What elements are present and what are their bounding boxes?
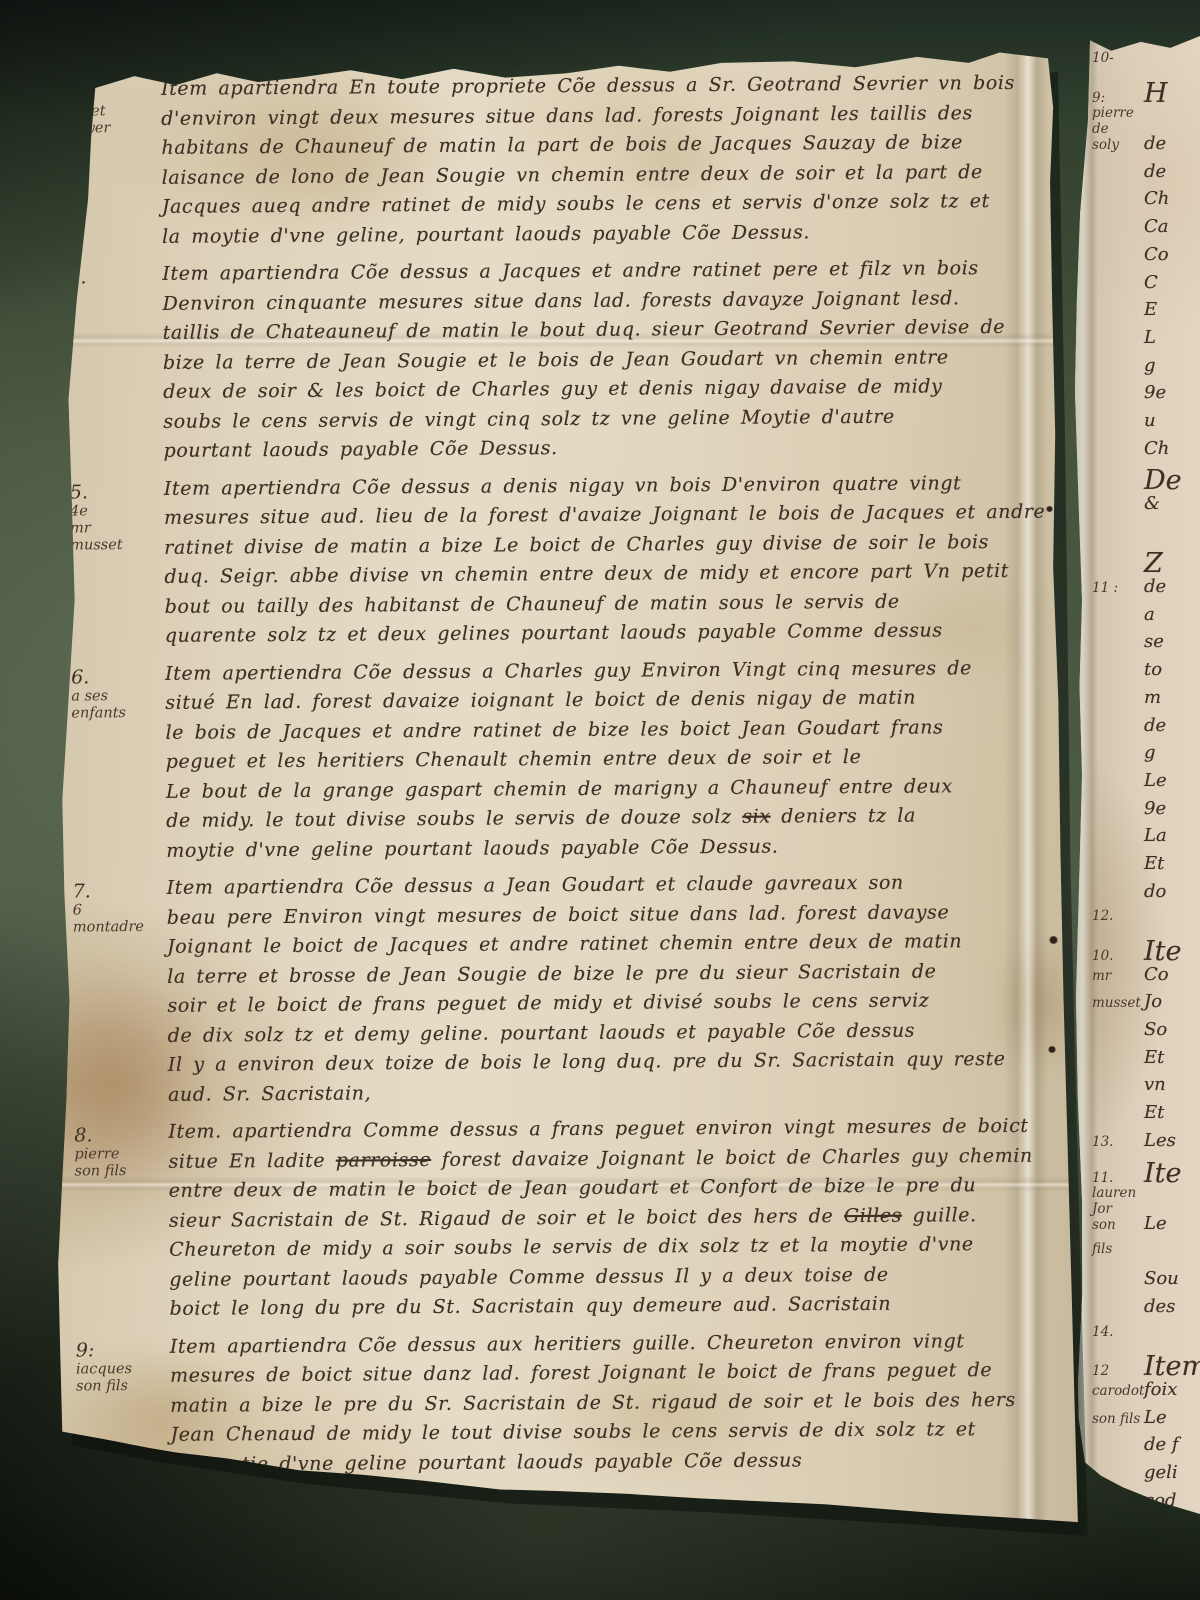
fragment-text: Sou	[1144, 1268, 1179, 1289]
fragment-text: g	[1144, 355, 1156, 376]
deed-entry: 6.a sesenfantsItem apertiendra Cõe dessu…	[71, 653, 1068, 866]
fragment-line: mussetJo	[1092, 991, 1198, 1019]
entry-number: 6.	[71, 665, 159, 688]
fragment-text: Ca	[1144, 216, 1169, 237]
fragment-number: mr	[1092, 968, 1144, 984]
entry-lines: Item apartiendra Cõe dessus aux heritier…	[170, 1326, 1073, 1480]
fragment-text: L	[1144, 327, 1156, 348]
fragment-number: 10-	[1092, 50, 1144, 66]
fragment-line: vn	[1092, 1074, 1198, 1102]
fragment-line: 9e	[1092, 798, 1198, 826]
fragment-text: &	[1144, 493, 1160, 514]
fragment-text: Les	[1144, 1130, 1176, 1151]
fragment-line: 11.Ite	[1092, 1158, 1198, 1186]
fragment-text: cod	[1144, 1490, 1176, 1511]
photo-background: 10-9:Hpierre desolydedeChCaCoCELg9euChDe…	[0, 0, 1200, 1600]
fragment-line: L	[1092, 327, 1198, 355]
fragment-line: u	[1092, 410, 1198, 438]
fragment-text: Ite	[1144, 1158, 1182, 1189]
fragment-line: 9:H	[1092, 78, 1198, 106]
fragment-text: 9e	[1144, 382, 1166, 403]
fragment-number: 12.	[1092, 908, 1144, 924]
entry-number: 5.	[70, 480, 158, 503]
fragment-line: g	[1092, 355, 1198, 383]
fragment-line: &	[1092, 493, 1198, 521]
entry-lines: Item. apartiendra Comme dessus a frans p…	[168, 1112, 1071, 1325]
fragment-line: to	[1092, 659, 1198, 687]
manuscript-line: duq. Seigr. abbe divise vn chemin entre …	[164, 557, 1066, 593]
fragment-line: g	[1092, 742, 1198, 770]
fragment-text: to	[1144, 659, 1162, 680]
fragment-text: E	[1144, 299, 1157, 320]
fragment-line: 10-	[1092, 50, 1198, 78]
fragment-text: foix	[1144, 1379, 1177, 1400]
entry-number: 3:	[67, 81, 155, 104]
entry-marginalia: 3:JonetBoyer	[67, 81, 155, 138]
manuscript-line: deux de soir & les boict de Charles guy …	[163, 372, 1065, 408]
fragment-line: solyde	[1092, 133, 1198, 161]
manuscript-line: la moytie d'vne geline, pourtant laouds …	[162, 216, 1064, 252]
manuscript-line: Il y a environ deux toize de bois le lon…	[168, 1045, 1070, 1081]
deed-entry: 4.Item apartiendra Cõe dessus a Jacques …	[68, 254, 1065, 467]
fragment-line: De	[1092, 465, 1198, 493]
fragment-text: de	[1144, 133, 1166, 154]
fragment-line: Et	[1092, 1102, 1198, 1130]
fragment-text: de	[1144, 161, 1166, 182]
deed-entry: 7.6montadreItem apartiendra Cõe dessus a…	[73, 868, 1071, 1111]
deed-entry: 3:JonetBoyerItem apartiendra En toute pr…	[67, 69, 1064, 253]
fragment-line: Ch	[1092, 438, 1198, 466]
fragment-line: carodotfoix	[1092, 1379, 1198, 1407]
fragment-line: lauren Jor	[1092, 1185, 1198, 1213]
fragment-text: C	[1144, 272, 1158, 293]
fragment-text: de	[1144, 715, 1166, 736]
fragment-number: 11.	[1092, 1170, 1144, 1186]
fragment-number: musset	[1092, 995, 1144, 1011]
margin-note: Jonet	[67, 103, 155, 121]
fragment-number: 9:	[1092, 90, 1144, 106]
entry-lines: Item apartiendra Cõe dessus a Jacques et…	[162, 254, 1065, 467]
fragment-line: 11 :de	[1092, 576, 1198, 604]
fragment-text: se	[1144, 631, 1164, 652]
fragment-line: Et	[1092, 853, 1198, 881]
entry-number: 8.	[74, 1124, 162, 1147]
fragment-line: mrCo	[1092, 964, 1198, 992]
entry-number: 4.	[68, 266, 156, 289]
entry-marginalia: 6.a sesenfants	[71, 665, 159, 722]
margin-note: montadre	[73, 919, 161, 937]
fragment-number: lauren Jor	[1092, 1185, 1144, 1217]
entries: 3:JonetBoyerItem apartiendra En toute pr…	[67, 69, 1073, 1525]
fragment-line: 9e	[1092, 382, 1198, 410]
fragment-line: sonLe	[1092, 1213, 1198, 1241]
fragment-text: g	[1144, 742, 1156, 763]
fragment-line: de	[1092, 161, 1198, 189]
fragment-text: H	[1144, 78, 1168, 109]
manuscript-line: pourtant laouds payable Cõe Dessus.	[163, 431, 1065, 467]
fragment-text: u	[1144, 410, 1156, 431]
fragment-text: geli	[1144, 1462, 1178, 1483]
fragment-line: 13.Les	[1092, 1130, 1198, 1158]
fragment-line: des	[1092, 1296, 1198, 1324]
fragment-text: Le	[1144, 1407, 1167, 1428]
fragment-text: des	[1144, 1296, 1175, 1317]
manuscript-line: le bois de Jacques et andre ratinet de b…	[165, 712, 1067, 748]
fragment-number: 12	[1092, 1363, 1144, 1379]
manuscript-line: Jean Chenaud de midy le tout divise soub…	[170, 1415, 1072, 1451]
fragment-text: m	[1144, 687, 1161, 708]
fragment-line: 10.Ite	[1092, 936, 1198, 964]
fragment-line: Et	[1092, 1047, 1198, 1075]
deed-entry: 9:iacquesson filsItem apartiendra Cõe de…	[76, 1326, 1073, 1480]
margin-note: mr	[70, 519, 158, 537]
fragment-line: So	[1092, 1019, 1198, 1047]
deed-entry: 5.4emrmussetItem apertiendra Cõe dessus …	[70, 468, 1067, 652]
fragment-text: Et	[1144, 1047, 1164, 1068]
fragment-line: de f	[1092, 1434, 1198, 1462]
deed-entry: 8.pierreson filsItem. apartiendra Comme …	[74, 1112, 1071, 1325]
fragment-text: vn	[1144, 1074, 1166, 1095]
fragment-number: 14.	[1092, 1324, 1144, 1340]
fragment-line: E	[1092, 299, 1198, 327]
margin-note: a ses	[71, 687, 159, 705]
fragment-line: fils	[1092, 1241, 1198, 1269]
fragment-line: 12.	[1092, 908, 1198, 936]
fragment-text: de	[1144, 576, 1166, 597]
fragment-line	[1092, 521, 1198, 549]
fragment-text: Ite	[1144, 936, 1182, 967]
fragment-line: de	[1092, 715, 1198, 743]
fragment-text: do	[1144, 881, 1166, 902]
fragment-number: pierre de	[1092, 105, 1144, 137]
fragment-text: De	[1144, 465, 1182, 496]
fragments: 10-9:Hpierre desolydedeChCaCoCELg9euChDe…	[1092, 50, 1198, 1517]
fragment-line: pierre de	[1092, 105, 1198, 133]
entry-lines: Item apartiendra Cõe dessus a Jean Gouda…	[167, 868, 1071, 1110]
fragment-number: carodot	[1092, 1383, 1144, 1399]
margin-note: 4e	[70, 502, 158, 520]
struck-word: Gilles	[844, 1204, 902, 1226]
fragment-text: So	[1144, 1019, 1167, 1040]
ink-blot	[1064, 342, 1075, 351]
fragment-line: a	[1092, 604, 1198, 632]
fragment-line: cod	[1092, 1490, 1198, 1518]
manuscript-line: quarente solz tz et deux gelines pourtan…	[165, 616, 1067, 652]
margin-note: son fils	[76, 1377, 164, 1395]
fragment-line: Ch	[1092, 188, 1198, 216]
manuscript-line: Cheureton de midy a soir soubs le servis…	[169, 1230, 1071, 1266]
fragment-text: Item	[1144, 1351, 1200, 1382]
fragment-number: fils	[1092, 1241, 1144, 1257]
manuscript-line: aud. Sr. Sacristain,	[168, 1074, 1070, 1110]
fragment-text: Le	[1144, 1213, 1167, 1234]
fragment-text: Jo	[1144, 991, 1162, 1012]
fragment-line: Co	[1092, 244, 1198, 272]
margin-note: son fils	[75, 1163, 163, 1181]
entry-number: 7.	[73, 880, 161, 903]
entry-marginalia: 5.4emrmusset	[70, 480, 159, 554]
fragment-text: de f	[1144, 1434, 1179, 1455]
entry-lines: Item apartiendra En toute propriete Cõe …	[161, 69, 1064, 252]
manuscript-line: Jacques aueq andre ratinet de midy soubs…	[162, 187, 1064, 223]
fragment-number: son fils	[1092, 1411, 1144, 1427]
struck-word: six	[742, 806, 770, 828]
fragment-number: 10.	[1092, 948, 1144, 964]
fragment-text: 9e	[1144, 798, 1166, 819]
fragment-text: La	[1144, 825, 1167, 846]
entry-lines: Item apertiendra Cõe dessus a denis niga…	[164, 468, 1067, 651]
fragment-line: 14.	[1092, 1324, 1198, 1352]
fragment-line: se	[1092, 631, 1198, 659]
margin-note: pierre	[74, 1146, 162, 1164]
struck-word: parroisse	[336, 1148, 431, 1171]
margin-note: musset	[70, 536, 158, 554]
fragment-text: Ch	[1144, 438, 1169, 459]
fragment-line: son filsLe	[1092, 1407, 1198, 1435]
fragment-number: 11 :	[1092, 580, 1144, 596]
manuscript-line: Item apertiendra Cõe dessus a Charles gu…	[165, 653, 1067, 689]
entry-marginalia: 9:iacquesson fils	[76, 1338, 164, 1395]
manuscript-left-page: 3:JonetBoyerItem apartiendra En toute pr…	[52, 48, 1082, 1531]
fragment-line: Sou	[1092, 1268, 1198, 1296]
entry-marginalia: 4.	[68, 266, 156, 289]
fragment-number: 13.	[1092, 1134, 1144, 1150]
fragment-text: Le	[1144, 770, 1167, 791]
margin-note: 6	[73, 902, 161, 920]
fragment-text: Co	[1144, 244, 1169, 265]
margin-note: iacques	[76, 1360, 164, 1378]
entry-marginalia: 7.6montadre	[73, 880, 161, 937]
fragment-line: La	[1092, 825, 1198, 853]
manuscript-line: Le bout de la grange gaspart chemin de m…	[166, 771, 1068, 807]
margin-note: enfants	[71, 704, 159, 722]
fragment-line: m	[1092, 687, 1198, 715]
manuscript-line: boict le long du pre du St. Sacristain q…	[169, 1289, 1071, 1325]
fragment-text: Et	[1144, 1102, 1164, 1123]
fragment-line: Z	[1092, 548, 1198, 576]
manuscript-line: la terre et brosse de Jean Sougie de biz…	[167, 956, 1069, 992]
fragment-line: C	[1092, 272, 1198, 300]
fragment-text: a	[1144, 604, 1155, 625]
margin-note: Boyer	[67, 120, 155, 138]
fragment-line: 12Item	[1092, 1351, 1198, 1379]
fragment-number: soly	[1092, 137, 1144, 153]
fragment-line: Ca	[1092, 216, 1198, 244]
entry-lines: Item apertiendra Cõe dessus a Charles gu…	[165, 653, 1068, 866]
entry-marginalia: 8.pierreson fils	[74, 1124, 162, 1181]
manuscript-line: moytie d'vne geline pourtant laouds paya…	[166, 830, 1068, 866]
fragment-text: Ch	[1144, 188, 1169, 209]
fragment-line: geli	[1092, 1462, 1198, 1490]
fragment-text: Co	[1144, 964, 1169, 985]
fragment-line: do	[1092, 881, 1198, 909]
fragment-number: son	[1092, 1217, 1144, 1233]
entry-number: 9:	[76, 1338, 164, 1361]
fragment-text: Z	[1144, 548, 1163, 579]
fragment-line: Le	[1092, 770, 1198, 798]
fragment-text: Et	[1144, 853, 1164, 874]
